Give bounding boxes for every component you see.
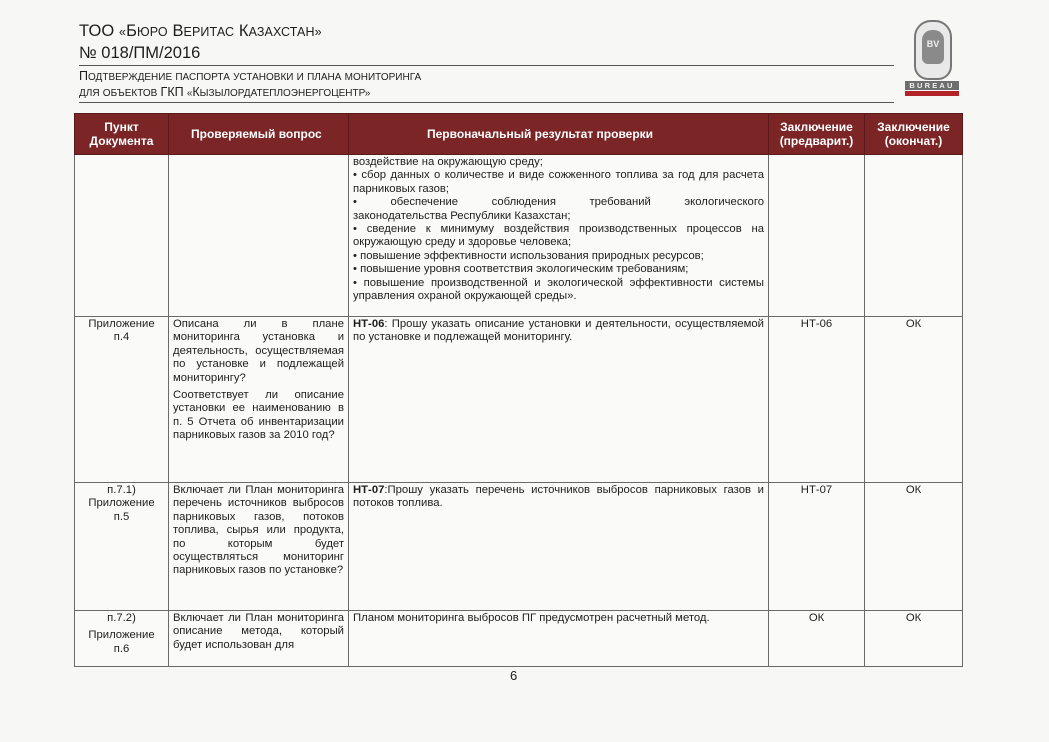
final-conclusion-cell: ОК [865,317,963,483]
question-cell [169,155,349,317]
table-row: п.7.2) Приложение п.6 Включает ли План м… [75,611,963,667]
result-line: • повышение уровня соответствия экологич… [353,263,764,276]
result-cell: НТ-07:Прошу указать перечень источников … [349,483,769,611]
result-line: • сведение к минимуму воздействия произв… [353,223,764,250]
bureau-veritas-logo: BV BUREAU [905,20,963,100]
prelim-conclusion-cell [769,155,865,317]
result-text: Планом мониторинга выбросов ПГ предусмот… [353,612,710,624]
result-line: • повышение эффективности использования … [353,250,764,263]
document-header: ТОО «БЮРО ВЕРИТАС КАЗАХСТАН» № 018/ПМ/20… [79,22,894,103]
header-divider [79,65,894,66]
final-conclusion-cell: ОК [865,483,963,611]
seal-text: BV [922,39,944,49]
table-row: воздействие на окружающую среду; • сбор … [75,155,963,317]
column-header-initial-result: Первоначальный результат проверки [349,114,769,155]
table-header-row: Пункт Документа Проверяемый вопрос Перво… [75,114,963,155]
item-label: п.6 [79,643,164,656]
question-text: Описана ли в плане мониторинга установка… [173,318,344,385]
question-cell: Включает ли План мониторинга описание ме… [169,611,349,667]
result-line: воздействие на окружающую среду; [353,156,764,169]
result-cell: НТ-06: Прошу указать описание установки … [349,317,769,483]
item-cell: п.7.1) Приложение п.5 [75,483,169,611]
question-cell: Описана ли в плане мониторинга установка… [169,317,349,483]
page-number: 6 [510,668,517,683]
finding-code: НТ-07 [353,484,384,496]
subtitle-divider [79,102,894,103]
document-number: № 018/ПМ/2016 [79,44,894,63]
item-label: Приложение [79,629,164,642]
prelim-conclusion-cell: НТ-07 [769,483,865,611]
logo-accent-bar [905,91,959,96]
column-header-final-conclusion: Заключение (окончат.) [865,114,963,155]
prelim-conclusion-cell: ОК [769,611,865,667]
item-cell: Приложение п.4 [75,317,169,483]
column-header-item: Пункт Документа [75,114,169,155]
organization-name: ТОО «БЮРО ВЕРИТАС КАЗАХСТАН» [79,22,894,42]
item-label: п.7.2) [79,612,164,625]
finding-code: НТ-06 [353,318,384,330]
question-text: Включает ли План мониторинга перечень ис… [173,484,344,578]
item-cell: п.7.2) Приложение п.6 [75,611,169,667]
item-label: п.5 [79,511,164,524]
final-conclusion-cell [865,155,963,317]
result-text: : Прошу указать описание установки и дея… [353,318,764,343]
item-cell [75,155,169,317]
item-label: Приложение [79,318,164,331]
result-line: • повышение производственной и экологиче… [353,277,764,304]
table-row: п.7.1) Приложение п.5 Включает ли План м… [75,483,963,611]
prelim-conclusion-cell: НТ-06 [769,317,865,483]
item-label: п.4 [79,331,164,344]
column-header-prelim-conclusion: Заключение (предварит.) [769,114,865,155]
organization-name-text: ТОО «БЮРО ВЕРИТАС КАЗАХСТАН» [79,22,322,40]
result-cell: Планом мониторинга выбросов ПГ предусмот… [349,611,769,667]
result-cell: воздействие на окружающую среду; • сбор … [349,155,769,317]
subtitle-line-1: ПОДТВЕРЖДЕНИЕ ПАСПОРТА УСТАНОВКИ И ПЛАНА… [79,69,894,85]
question-text: Включает ли План мониторинга описание ме… [173,612,344,652]
result-text: :Прошу указать перечень источников выбро… [353,484,764,509]
logo-wordmark: BUREAU [905,81,959,90]
item-label: п.7.1) [79,484,164,497]
column-header-question: Проверяемый вопрос [169,114,349,155]
verification-table: Пункт Документа Проверяемый вопрос Перво… [74,113,963,667]
table-row: Приложение п.4 Описана ли в плане монито… [75,317,963,483]
result-line: • обеспечение соблюдения требований экол… [353,196,764,223]
subtitle-line-2: ДЛЯ ОБЪЕКТОВ ГКП «КЫЗЫЛОРДАТЕПЛОЭНЕРГОЦЕ… [79,85,894,101]
item-label: Приложение [79,497,164,510]
final-conclusion-cell: ОК [865,611,963,667]
question-cell: Включает ли План мониторинга перечень ис… [169,483,349,611]
result-line: • сбор данных о количестве и виде сожжен… [353,169,764,196]
seal-inner-shape: BV [922,30,944,64]
bureau-veritas-seal-icon: BV [914,20,952,80]
question-text: Соответствует ли описание установки ее н… [173,389,344,443]
